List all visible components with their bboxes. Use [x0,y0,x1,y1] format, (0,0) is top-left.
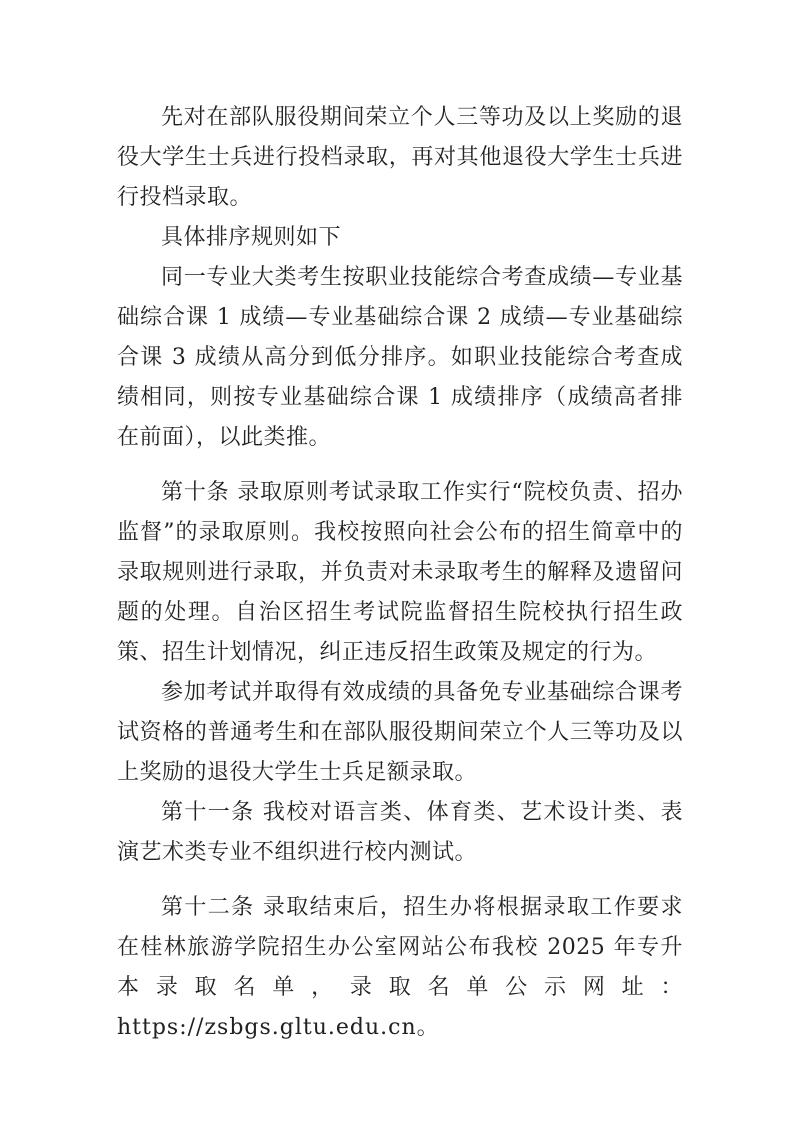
document-page: 先对在部队服役期间荣立个人三等功及以上奖励的退役大学生士兵进行投档录取，再对其他… [0,0,800,1132]
document-body: 先对在部队服役期间荣立个人三等功及以上奖励的退役大学生士兵进行投档录取，再对其他… [117,98,683,1048]
para-article-12-results-publication: 第十二条 录取结束后，招生办将根据录取工作要求在桂林旅游学院招生办公室网站公布我… [117,888,683,1048]
admission-list-url: https://zsbgs.gltu.edu.cn [117,1015,417,1040]
para-sorting-rules-detail: 同一专业大类考生按职业技能综合考查成绩—专业基础综合课 1 成绩—专业基础综合课… [117,258,683,458]
para-article-11-no-campus-test: 第十一条 我校对语言类、体育类、艺术设计类、表演艺术类专业不组织进行校内测试。 [117,793,683,873]
para-exemption-full-admission: 参加考试并取得有效成绩的具备免专业基础综合课考试资格的普通考生和在部队服役期间荣… [117,673,683,793]
para-article-10-admission-principles: 第十条 录取原则考试录取工作实行“院校负责、招办监督”的录取原则。我校按照向社会… [117,473,683,673]
para-veteran-priority-admission: 先对在部队服役期间荣立个人三等功及以上奖励的退役大学生士兵进行投档录取，再对其他… [117,98,683,218]
para-sorting-rules-heading: 具体排序规则如下 [117,218,683,258]
article-12-lead-text: 第十二条 录取结束后，招生办将根据录取工作要求在桂林旅游学院招生办公室网站公布我… [117,895,683,1000]
article-12-tail-punctuation: 。 [417,1015,440,1040]
